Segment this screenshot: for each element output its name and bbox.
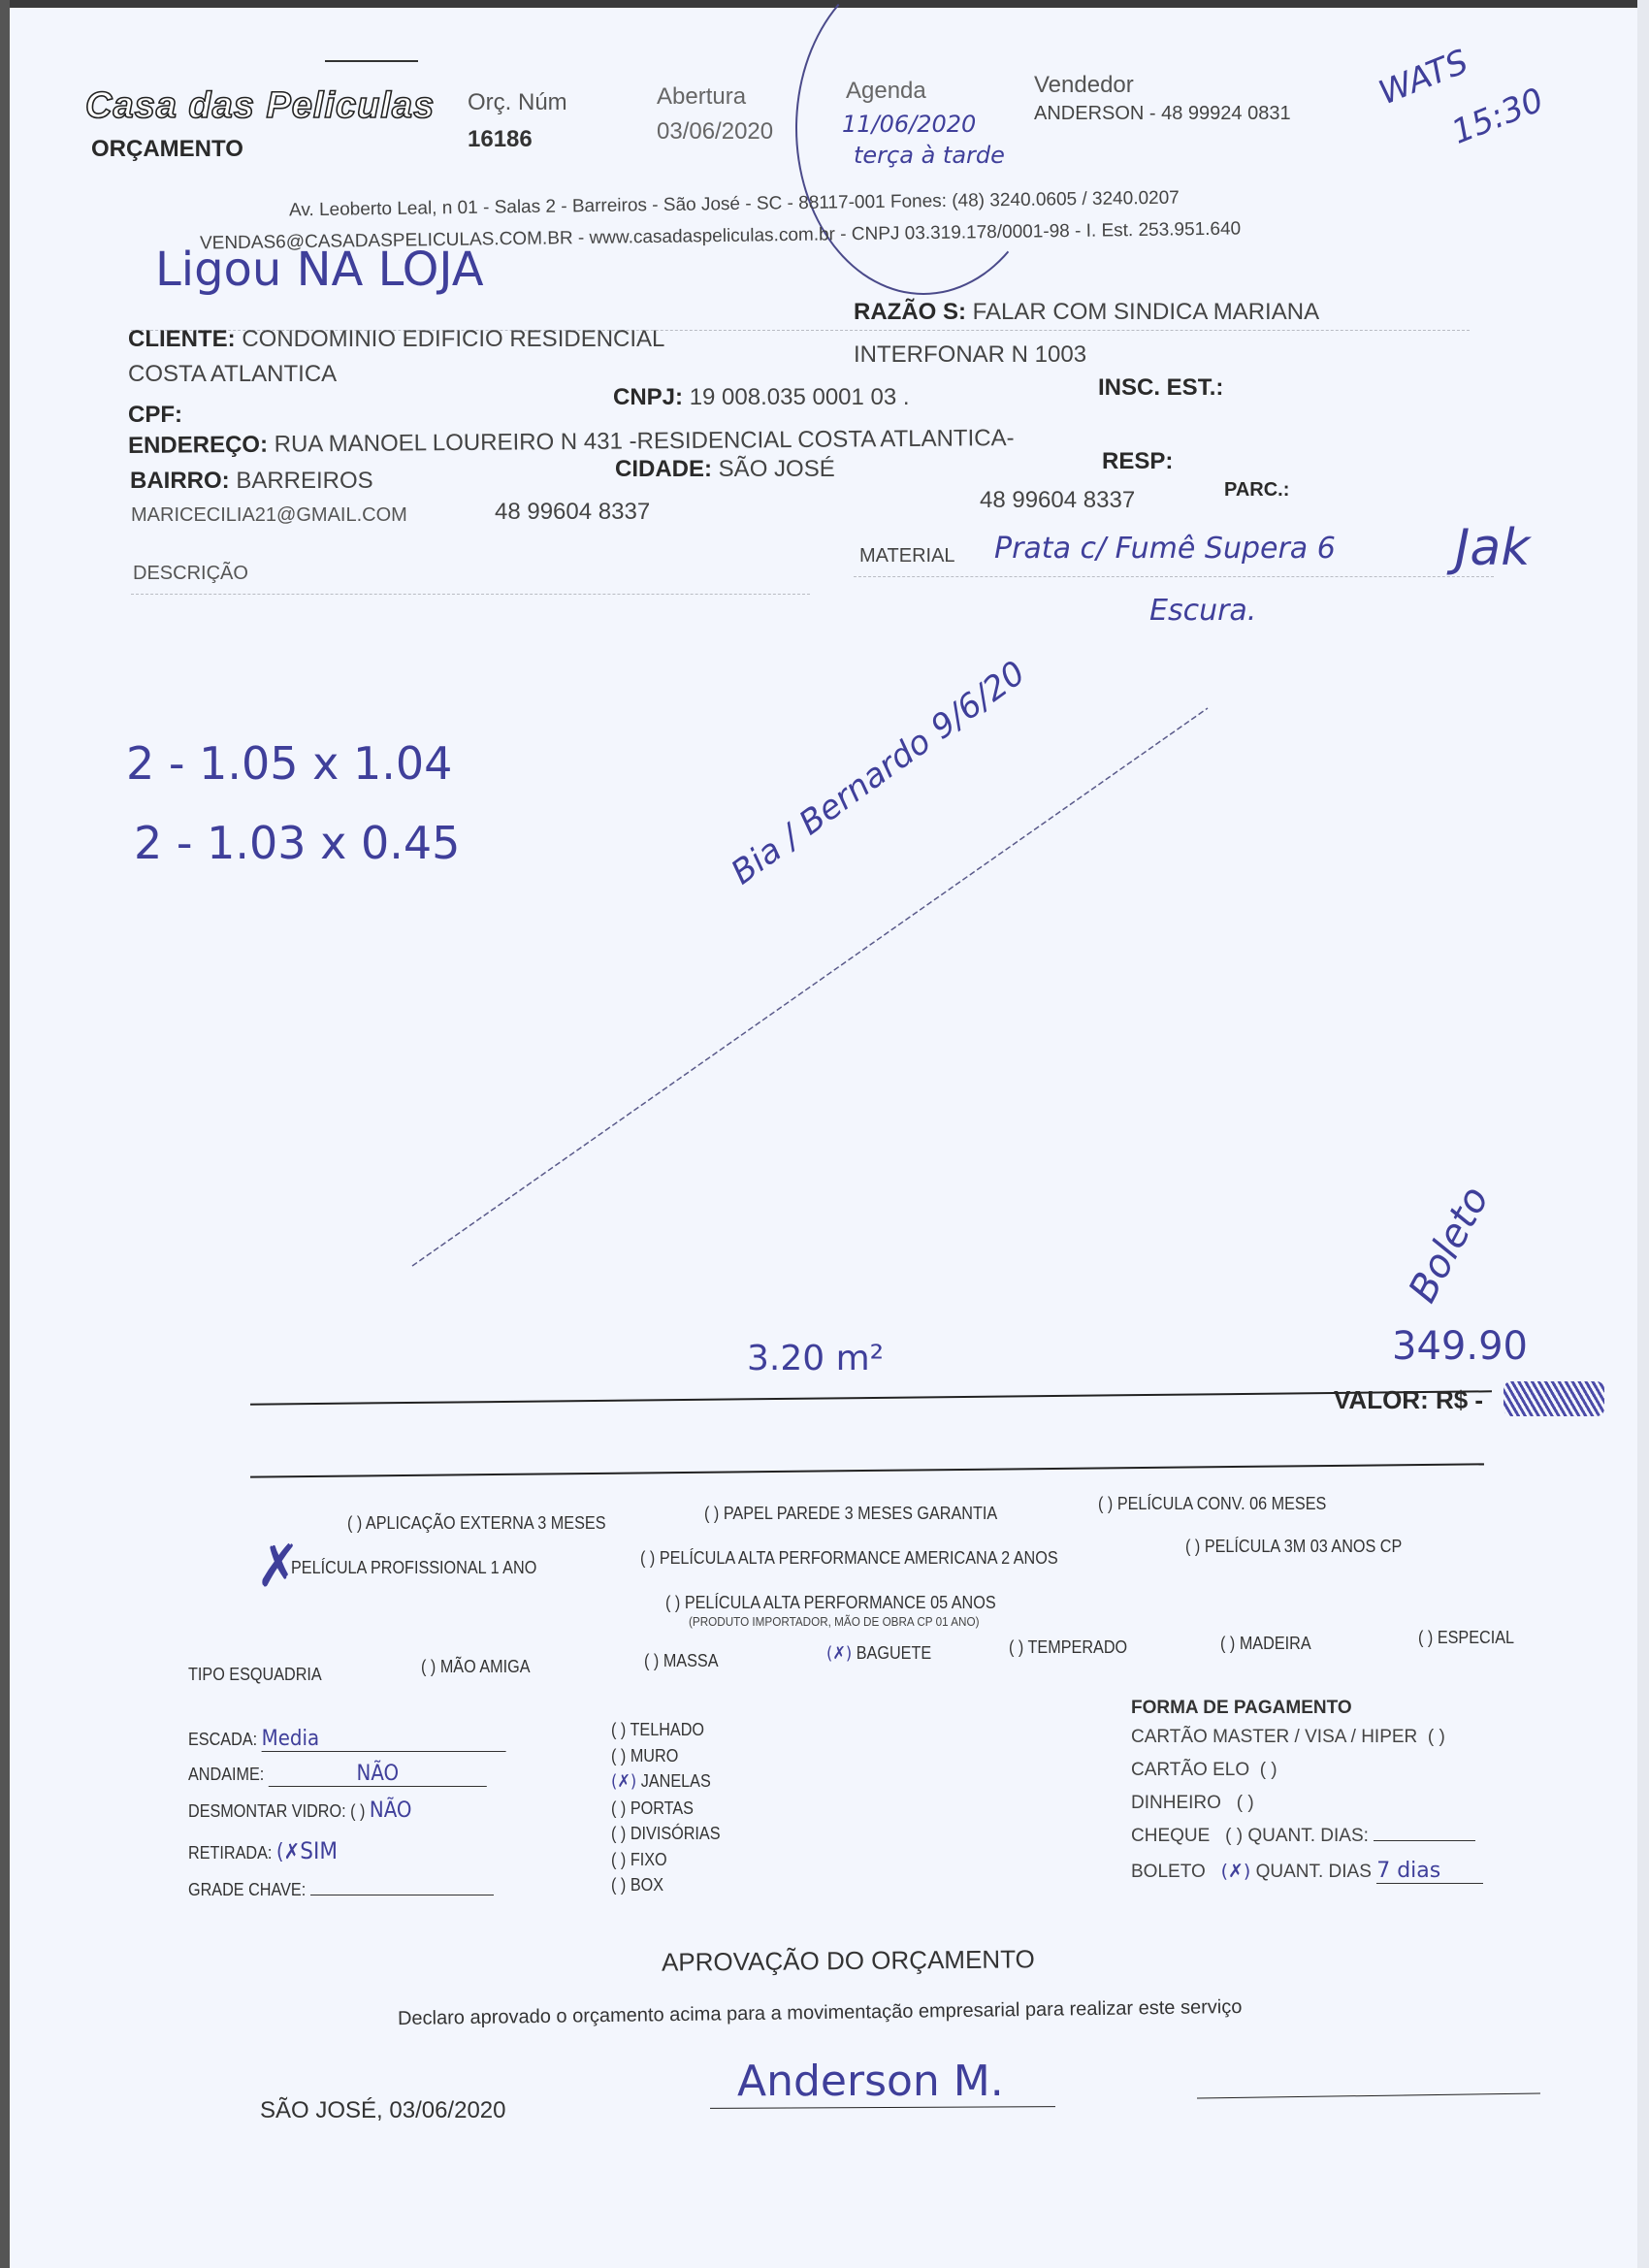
desmontar-vidro-field[interactable]: DESMONTAR VIDRO: ( ) NÃO: [188, 1798, 412, 1823]
service-option-alta-performance-americana[interactable]: ( ) PELÍCULA ALTA PERFORMANCE AMERICANA …: [640, 1548, 1058, 1569]
location-option-telhado[interactable]: ( ) TELHADO: [611, 1717, 721, 1743]
payment-option-boleto[interactable]: BOLETO (✗) QUANT. DIAS 7 dias: [1131, 1859, 1483, 1884]
payment-title: FORMA DE PAGAMENTO: [1131, 1698, 1352, 1719]
esquadria-option-massa[interactable]: ( ) MASSA: [644, 1651, 719, 1671]
valor-label: VALOR: R$ -: [1334, 1385, 1483, 1415]
location-option-janelas[interactable]: (✗) JANELAS: [611, 1768, 721, 1796]
service-option-pelicula-profissional[interactable]: ✗PELÍCULA PROFISSIONAL 1 ANO: [291, 1558, 536, 1578]
esquadria-option-mao-amiga[interactable]: ( ) MÃO AMIGA: [421, 1657, 531, 1677]
location-option-box[interactable]: ( ) BOX: [611, 1872, 721, 1898]
seller-signature: Anderson M.: [737, 2057, 1004, 2106]
esquadria-option-especial[interactable]: ( ) ESPECIAL: [1418, 1628, 1514, 1648]
approval-place-date: SÃO JOSÉ, 03/06/2020: [260, 2097, 506, 2124]
location-list: ( ) TELHADO ( ) MURO (✗) JANELAS ( ) POR…: [611, 1717, 721, 1898]
service-option-papel-parede[interactable]: ( ) PAPEL PAREDE 3 MESES GARANTIA: [704, 1504, 997, 1524]
escada-field[interactable]: ESCADA: Media: [188, 1727, 506, 1752]
payment-option-dinheiro[interactable]: DINHEIRO ( ): [1131, 1793, 1254, 1814]
service-option-aplicacao-externa[interactable]: ( ) APLICAÇÃO EXTERNA 3 MESES: [347, 1513, 605, 1534]
diagonal-strike-line: [0, 0, 1649, 2268]
payment-option-cartao-master[interactable]: CARTÃO MASTER / VISA / HIPER ( ): [1131, 1727, 1445, 1748]
value-handwritten: 349.90: [1392, 1324, 1528, 1369]
service-option-alta-performance-05[interactable]: ( ) PELÍCULA ALTA PERFORMANCE 05 ANOS: [665, 1593, 996, 1613]
location-option-divisorias[interactable]: ( ) DIVISÓRIAS: [611, 1821, 721, 1847]
payment-option-cartao-elo[interactable]: CARTÃO ELO ( ): [1131, 1760, 1277, 1781]
area-total: 3.20 m²: [747, 1339, 884, 1378]
grade-chave-field[interactable]: GRADE CHAVE:: [188, 1880, 494, 1900]
retirada-field[interactable]: RETIRADA: (✗SIM: [188, 1837, 338, 1864]
esquadria-option-baguete[interactable]: (✗) BAGUETE: [826, 1643, 931, 1664]
service-option-note: (PRODUTO IMPORTADOR, MÃO DE OBRA CP 01 A…: [689, 1614, 979, 1629]
location-option-portas[interactable]: ( ) PORTAS: [611, 1796, 721, 1822]
esquadria-label: TIPO ESQUADRIA: [188, 1665, 322, 1685]
valor-scribble: [1503, 1381, 1604, 1416]
payment-option-cheque[interactable]: CHEQUE ( ) QUANT. DIAS:: [1131, 1826, 1475, 1847]
location-option-muro[interactable]: ( ) MURO: [611, 1743, 721, 1769]
esquadria-option-madeira[interactable]: ( ) MADEIRA: [1220, 1634, 1311, 1654]
service-option-pelicula-3m[interactable]: ( ) PELÍCULA 3M 03 ANOS CP: [1185, 1537, 1402, 1557]
service-option-pelicula-conv[interactable]: ( ) PELÍCULA CONV. 06 MESES: [1098, 1494, 1326, 1514]
esquadria-option-temperado[interactable]: ( ) TEMPERADO: [1009, 1637, 1127, 1658]
approval-title: APROVAÇÃO DO ORÇAMENTO: [662, 1944, 1035, 1977]
location-option-fixo[interactable]: ( ) FIXO: [611, 1847, 721, 1873]
andaime-field[interactable]: ANDAIME: NÃO: [188, 1762, 487, 1787]
